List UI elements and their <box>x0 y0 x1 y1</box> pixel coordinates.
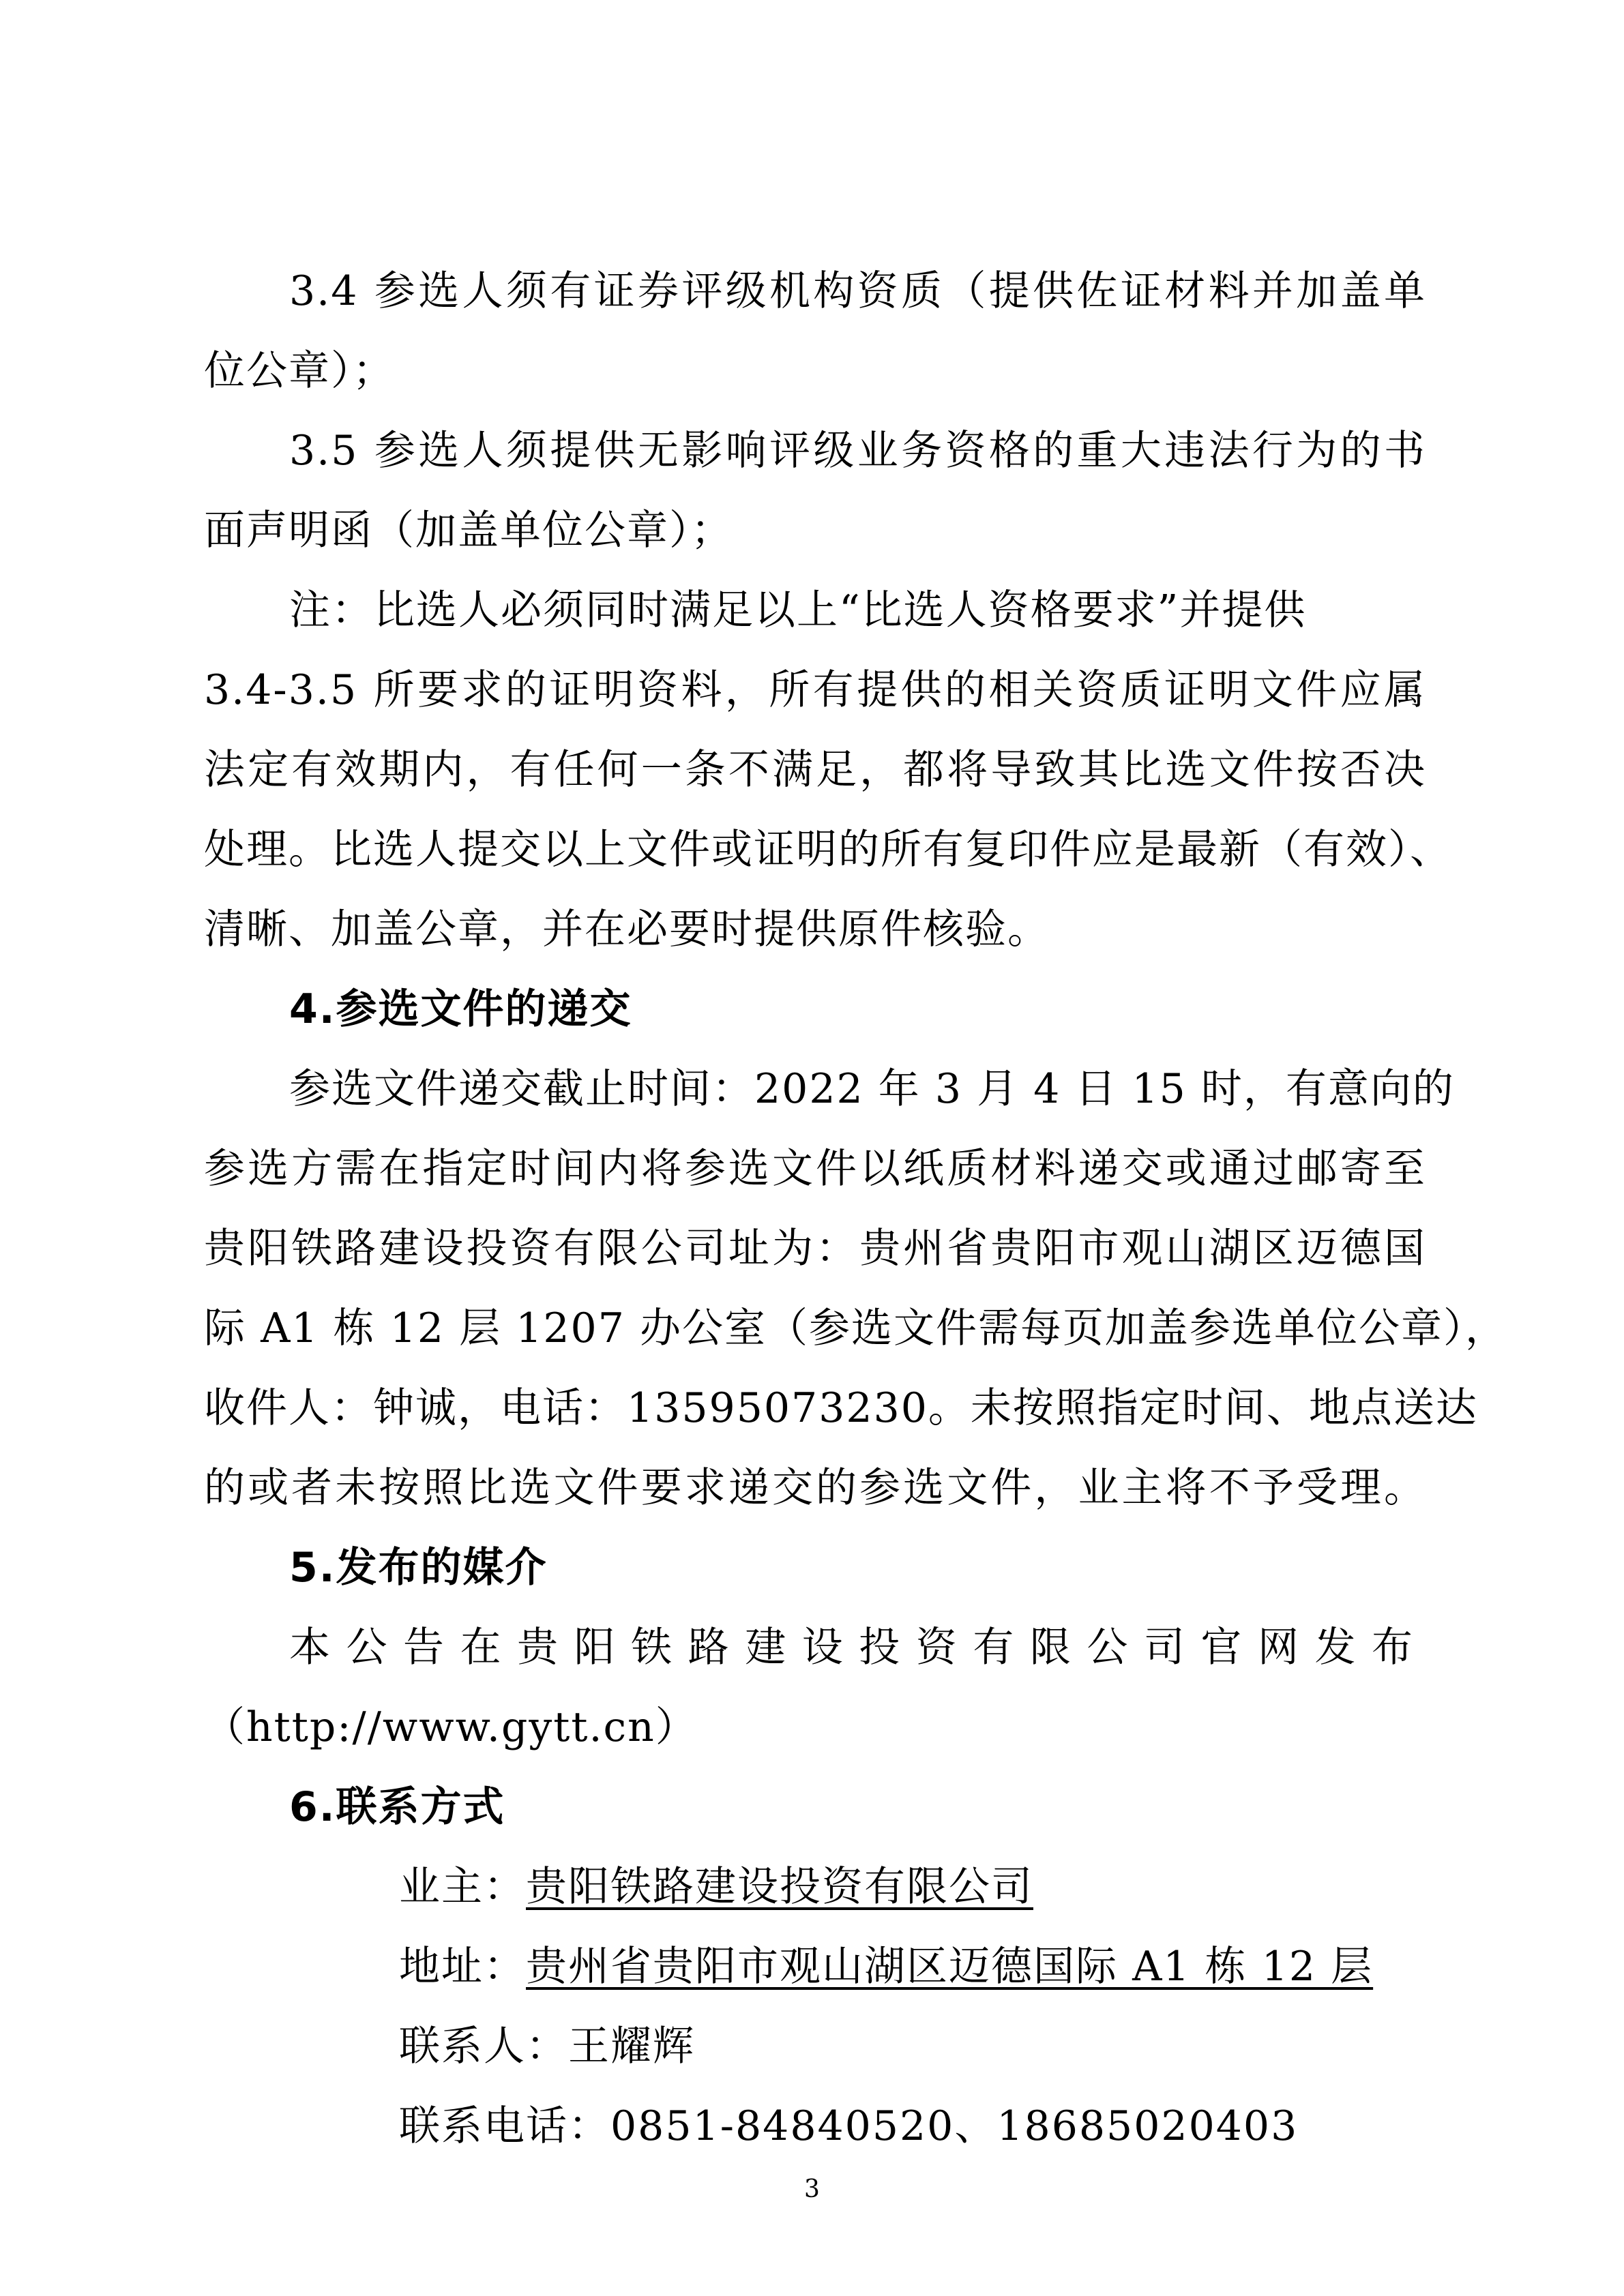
address-value: 贵州省贵阳市观山湖区迈德国际 A1 栋 12 层 <box>526 1943 1373 1991</box>
section-4-line-2: 参选方需在指定时间内将参选文件以纸质材料递交或通过邮寄至 <box>204 1142 1426 1196</box>
section-4-line-3: 贵阳铁路建设投资有限公司址为：贵州省贵阳市观山湖区迈德国 <box>204 1221 1426 1276</box>
clause-3-4-line-1: 3.4 参选人须有证券评级机构资质（提供佐证材料并加盖单 <box>289 264 1426 318</box>
document-page: 3.4 参选人须有证券评级机构资质（提供佐证材料并加盖单 位公章）； 3.5 参… <box>0 0 1624 2296</box>
note-line-1: 注：比选人必须同时满足以上“比选人资格要求”并提供 <box>289 583 1426 638</box>
section-4-heading: 4.参选文件的递交 <box>289 982 1426 1037</box>
section-5-line-1: 本公告在贵阳铁路建设投资有限公司官网发布 <box>289 1620 1426 1675</box>
note-line-3: 法定有效期内，有任何一条不满足，都将导致其比选文件按否决 <box>204 743 1426 797</box>
section-5-heading: 5.发布的媒介 <box>289 1540 1426 1595</box>
note-line-5: 清晰、加盖公章，并在必要时提供原件核验。 <box>204 902 1426 957</box>
owner-label: 业主： <box>399 1863 526 1911</box>
phone-row: 联系电话：0851-84840520、18685020403 <box>399 2099 1298 2153</box>
section-4-line-5: 收件人：钟诚，电话：13595073230。未按照指定时间、地点送达 <box>204 1381 1426 1435</box>
note-line-4: 处理。比选人提交以上文件或证明的所有复印件应是最新（有效）、 <box>204 822 1426 877</box>
clause-3-5-line-2: 面声明函（加盖单位公章）； <box>204 503 1426 558</box>
website-link[interactable]: （http://www.gytt.cn） <box>204 1700 1426 1755</box>
page-number: 3 <box>0 2175 1624 2203</box>
phone-value: 0851-84840520、18685020403 <box>610 2102 1298 2150</box>
contact-person-row: 联系人：王耀辉 <box>399 2019 695 2074</box>
note-line-2: 3.4-3.5 所要求的证明资料，所有提供的相关资质证明文件应属 <box>204 663 1426 717</box>
address-label: 地址： <box>399 1943 526 1991</box>
owner-row: 业主：贵阳铁路建设投资有限公司 <box>399 1860 1033 1914</box>
address-row: 地址：贵州省贵阳市观山湖区迈德国际 A1 栋 12 层 <box>399 1939 1373 1994</box>
contact-person-label: 联系人： <box>399 2023 568 2070</box>
section-4-line-4: 际 A1 栋 12 层 1207 办公室（参选文件需每页加盖参选单位公章）， <box>204 1301 1426 1356</box>
contact-person-value: 王耀辉 <box>568 2023 695 2070</box>
phone-label: 联系电话： <box>399 2102 610 2150</box>
section-4-line-6: 的或者未按照比选文件要求递交的参选文件，业主将不予受理。 <box>204 1461 1426 1515</box>
section-4-line-1: 参选文件递交截止时间：2022 年 3 月 4 日 15 时，有意向的 <box>289 1062 1426 1116</box>
section-6-heading: 6.联系方式 <box>289 1780 1426 1834</box>
owner-value: 贵阳铁路建设投资有限公司 <box>526 1863 1033 1911</box>
clause-3-5-line-1: 3.5 参选人须提供无影响评级业务资格的重大违法行为的书 <box>289 423 1426 478</box>
clause-3-4-line-2: 位公章）； <box>204 344 1426 398</box>
